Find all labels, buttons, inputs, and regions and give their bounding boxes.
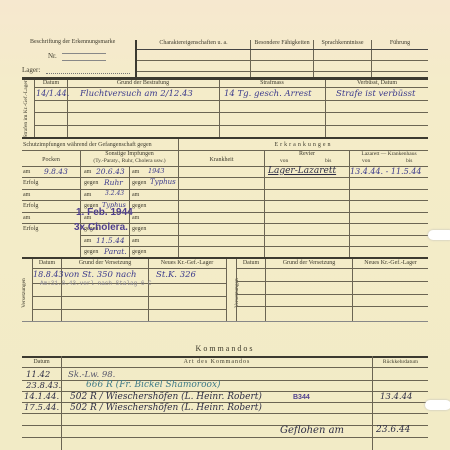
col-faehigkeiten: Besondere Fähigkeiten [251,40,313,46]
kommando-datum-2: 14.1.44. [24,392,59,402]
rule [236,281,428,282]
strafe-datum: 14/1.44. [36,89,69,98]
col-grund-right: Grund der Versetzung [266,260,352,266]
sonst-l-value-1: Ruhr [104,178,123,187]
stamp-date: 1. Feb. 1944 [76,207,133,218]
punch-hole [428,230,450,240]
sonst-l-value-6: 11.5.44 [96,236,125,245]
col-datum: Datum [22,359,61,365]
sonst-r-label-1: gegen [132,180,146,186]
lager-line [46,73,130,74]
col-rueckkehr: Rückkehrdatum [373,359,428,365]
col-datum: Datum [35,80,67,86]
lager-label: Lager: [22,66,40,74]
rule [32,296,226,297]
erkrankungen-title: Erkrankungen [179,142,428,148]
kommando-art-1: 666 R (Fr. Bickel Shamoroox) [86,380,221,390]
divider [34,80,35,138]
nr-label: Nr. [48,52,57,60]
stamp-cholera: 3x Cholera. [74,222,128,233]
col-revier: Revier [265,151,349,157]
kommando-rueck-4: 23.6.44 [376,425,410,435]
col-fuehrung: Führung [372,40,428,46]
rule [22,137,428,139]
kommando-datum-3: 17.5.44. [24,403,59,413]
col-krankheit: Krankheit [179,157,264,163]
col-sprachen: Sprachkenntnisse [314,40,371,46]
kommando-rueck-2: 13.4.44 [380,392,412,402]
impfungen-title: Schutzimpfungen während der Gefangenscha… [23,142,152,148]
lazarett-entry: 13.4.44. - 11.5.44 [350,167,421,176]
rule [22,413,428,414]
sonst-r-value-1: Typhus [150,178,176,186]
col-grund: Grund der Bestrafung [68,80,218,86]
sonst-l-value-2: 3.2.43 [105,190,124,197]
rule [32,309,226,310]
rule [137,60,428,61]
pocken-am-2: am [23,192,30,198]
col-verbuesst: Verbüsst, Datum [326,80,428,86]
strafe-strafmass: 14 Tg. gesch. Arrest [224,89,312,99]
rule [22,177,428,178]
rule [22,380,428,381]
divider [264,150,265,258]
rule [236,306,428,307]
rule [32,268,226,269]
col-grund: Grund der Versetzung [62,260,148,266]
kommando-art-4: Geflohen am [280,425,344,436]
col-charakter: Charaktereigenschaften u. a. [137,40,250,46]
sonst-r-label-4: am [132,215,139,221]
kommando-art-3: 502 R / Wieschershöfen (L. Heinr. Robert… [70,403,262,413]
sonst-l-label-1: gegen [84,180,98,186]
rule [22,200,428,201]
sonst-l-label-2: am [84,192,91,198]
col-sonstige-sub: (Ty.-Paraty., Ruhr, Cholera usw.) [81,158,178,164]
divider [325,80,326,138]
rule [236,294,428,295]
sonst-l-value-0: 20.6.43 [96,167,125,176]
col-datum-right: Datum [237,260,265,266]
revier-entry: Lager-Lazarett [268,166,336,176]
rule [34,100,428,101]
pocken-am-1: am [23,169,30,175]
rule [137,71,428,72]
sonst-r-value-0: 1943 [148,167,165,175]
kommandos-title: Kommandos [22,344,428,353]
sonst-r-label-5: gegen [132,226,146,232]
rule [22,257,428,259]
col-datum: Datum [33,260,61,266]
rule [236,268,428,269]
sonst-l-label-0: am [84,169,91,175]
sonst-r-label-3: gegen [132,203,146,209]
lazarett-von: von [362,158,370,164]
col-neues-lager: Neues Kr.-Gef.-Lager [149,260,225,266]
divider [61,356,62,450]
col-pocken: Pocken [22,157,80,163]
rule [34,125,428,126]
lazarett-bis: bis [406,158,412,164]
rule [22,367,428,368]
tag-label: Beschriftung der Erkennungsmarke [30,39,115,45]
sonst-l-label-7: gegen [84,249,98,255]
sonst-r-label-2: am [132,192,139,198]
pocken-erfolg-2: Erfolg [23,203,38,209]
divider [226,259,227,321]
sonst-l-value-7: Parat. [104,247,127,256]
strafe-verbuesst: Strafe ist verbüsst [336,89,415,99]
pocken-date: 9.8.43 [44,167,68,176]
rule [34,87,428,88]
rule [137,49,428,50]
rule [22,321,428,322]
col-art: Art des Kommandos [62,359,372,365]
rule [22,356,428,358]
col-neues-lager-right: Neues Kr.-Gef.-Lager [353,260,428,266]
rule [80,235,428,236]
sonst-r-label-0: am [132,169,139,175]
nr-lines [62,53,106,61]
pocken-erfolg-3: Erfolg [23,226,38,232]
pocken-erfolg-1: Erfolg [23,180,38,186]
revier-von: von [280,158,288,164]
versetzung-grund: von St. 350 nach [64,270,136,280]
sonst-l-label-6: am [84,238,91,244]
punch-hole [425,400,450,410]
divider [372,356,373,450]
versetzung-datum: 18.8.43 [33,270,64,279]
col-sonstige: Sonstige Impfungen [81,151,178,157]
rule [22,437,428,438]
versetzung-lager: St.K. 326 [156,270,196,280]
pow-record-card: Beschriftung der Erkennungsmarke Nr. Lag… [0,0,450,450]
kommando-note-2: B344 [293,394,310,401]
rule [34,112,428,113]
rule [22,425,428,426]
kommando-art-0: Sk.-Lw. 98. [68,370,115,380]
kommando-datum-1: 23.8.43. [26,381,61,391]
divider [219,80,220,138]
kommando-datum-0: 11.42 [26,370,50,380]
kommando-art-2: 502 R / Wieschershöfen (L. Heinr. Robert… [70,392,262,402]
col-strafmass: Strafmass [220,80,324,86]
rule [80,246,428,247]
sonst-r-label-7: gegen [132,249,146,255]
revier-bis: bis [325,158,331,164]
typed-note: Am:31.8.43.verl nach Stalag 6 C [40,280,152,287]
pocken-am-3: am [23,215,30,221]
versetzungen-side-label: Versetzungen [21,259,31,327]
col-lazarett: Lazarett — Krankenhaus [350,151,428,157]
sonst-r-label-6: am [132,238,139,244]
strafe-grund: Fluchtversuch am 2/12.43 [80,89,193,99]
rule [22,189,428,190]
